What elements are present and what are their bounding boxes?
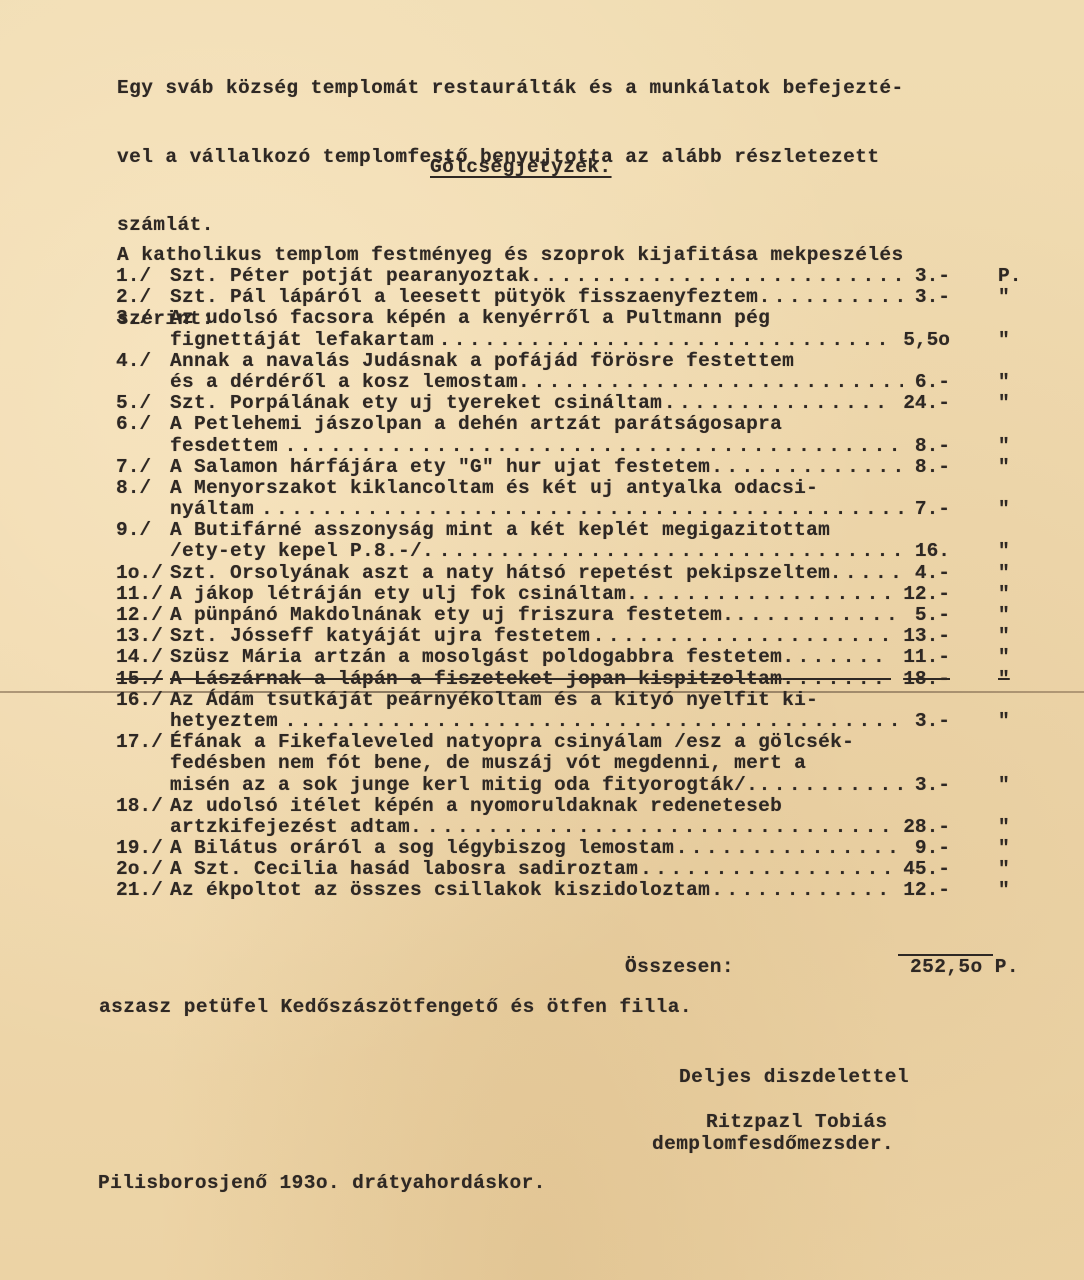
item-description: Szt. Orsolyának aszt a naty hátsó repeté…: [170, 562, 830, 584]
dot-leader: ..................................: [640, 858, 891, 880]
total-value: 252,5o P.: [910, 956, 1019, 978]
item-currency: ": [998, 879, 1010, 901]
invoice-item-line: 13./Szt. Jósseff katyáját ujra festetem.…: [116, 625, 1046, 646]
dot-leader: ........................................…: [439, 540, 903, 562]
item-number: 12./: [116, 604, 163, 626]
invoice-item-line: /ety-ety kepel P.8.-/...................…: [116, 540, 1046, 561]
item-amount: 8.-: [915, 435, 950, 457]
item-description: A jákop létráján ety ulj fok csináltam.: [170, 583, 638, 605]
item-currency: ": [998, 710, 1010, 732]
item-amount: 4.-: [915, 562, 950, 584]
invoice-item-line: fedésben nem fót bene, de muszáj vót meg…: [116, 752, 1046, 773]
invoice-item-line: 11./A jákop létráján ety ulj fok csinált…: [116, 583, 1046, 604]
invoice-item-line: 2./Szt. Pál lápáról a leesett pütyök fis…: [116, 286, 1046, 307]
invoice-item-line: 16./Az Ádám tsutkáját peárnyékoltam és a…: [116, 689, 1046, 710]
item-description: Szüsz Mária artzán a mosolgást poldogabb…: [170, 646, 782, 668]
item-amount: 5,5o: [903, 329, 950, 351]
item-description: artzkifejezést adtam.: [170, 816, 422, 838]
item-amount: 28.-: [903, 816, 950, 838]
item-amount: 24.-: [903, 392, 950, 414]
item-number: 15./: [116, 668, 163, 690]
item-description: Annak a navalás Judásnak a pofájád förös…: [170, 350, 794, 372]
item-number: 1o./: [116, 562, 163, 584]
invoice-item-line: 4./Annak a navalás Judásnak a pofájád fö…: [116, 350, 1046, 371]
invoice-item-line: 21./Az ékpoltot az összes csillakok kisz…: [116, 879, 1046, 900]
item-amount: 3.-: [915, 265, 950, 287]
item-number: 21./: [116, 879, 163, 901]
invoice-item-line: 9./A Butifárné asszonyság mint a két kep…: [116, 519, 1046, 540]
dot-leader: .......................: [735, 604, 903, 626]
invoice-item-line: 1./Szt. Péter potját pearanyoztak.......…: [116, 265, 1046, 286]
invoice-item-line: 18./Az udolsó itélet képén a nyomoruldak…: [116, 795, 1046, 816]
item-number: 2o./: [116, 858, 163, 880]
item-description: Az Ádám tsutkáját peárnyékoltam és a kit…: [170, 689, 818, 711]
dot-leader: ................: [782, 646, 890, 668]
item-amount: 7.-: [915, 498, 950, 520]
item-number: 2./: [116, 286, 151, 308]
dot-leader: ........................................…: [285, 710, 903, 732]
total-in-words: aszasz petüfel Kedőszászötfengető és ötf…: [99, 996, 692, 1018]
item-amount: 6.-: [915, 371, 950, 393]
item-amount: 3.-: [915, 774, 950, 796]
item-description: Szt. Pál lápáról a leesett pütyök fissza…: [170, 286, 758, 308]
item-currency: ": [998, 668, 1010, 690]
dot-leader: ...............................: [676, 837, 903, 859]
item-currency: P.: [998, 265, 1021, 287]
invoice-item-line: 14./Szüsz Mária artzán a mosolgást poldo…: [116, 646, 1046, 667]
item-description: misén az a sok junge kerl mitig oda fity…: [170, 774, 758, 796]
item-amount: 45.-: [903, 858, 950, 880]
item-description: Az ékpoltot az összes csillakok kiszidol…: [170, 879, 710, 901]
item-currency: ": [998, 858, 1010, 880]
item-number: 8./: [116, 477, 151, 499]
item-amount: 12.-: [903, 879, 950, 901]
item-description: fesdettem: [170, 435, 278, 457]
item-currency: ": [998, 329, 1010, 351]
item-currency: ": [998, 371, 1010, 393]
invoice-item-line: 15./A Lászárnak a lápán a fiszeteket jop…: [116, 668, 1046, 689]
item-number: 19./: [116, 837, 163, 859]
invoice-item-line: fesdettem...............................…: [116, 435, 1046, 456]
item-amount: 9.-: [915, 837, 950, 859]
item-number: 11./: [116, 583, 163, 605]
invoice-item-line: 12./A pünpánó Makdolnának ety uj friszur…: [116, 604, 1046, 625]
item-number: 18./: [116, 795, 163, 817]
item-currency: ": [998, 837, 1010, 859]
item-description: A pünpánó Makdolnának ety uj friszura fe…: [170, 604, 734, 626]
dot-leader: ........................................…: [439, 329, 891, 351]
invoice-item-line: 19./A Bilátus oráról a sog légybiszog le…: [116, 837, 1046, 858]
item-description: Az udolsó itélet képén a nyomoruldaknak …: [170, 795, 782, 817]
invoice-item-line: hetyeztem...............................…: [116, 710, 1046, 731]
item-currency: ": [998, 498, 1010, 520]
dot-leader: ..................................: [640, 583, 891, 605]
item-number: 3./: [116, 307, 151, 329]
item-amount: 16.: [915, 540, 950, 562]
invoice-item-line: és a dérdéről a kosz lemostam...........…: [116, 371, 1046, 392]
invoice-item-line: artzkifejezést adtam....................…: [116, 816, 1046, 837]
item-amount: 3.-: [915, 710, 950, 732]
invoice-item-line: misén az a sok junge kerl mitig oda fity…: [116, 774, 1046, 795]
item-description: fignettáját lefakartam: [170, 329, 434, 351]
item-description: A Szt. Cecilia hasád labosra sadiroztam: [170, 858, 638, 880]
document-title: Gölcségjetyzék.: [430, 156, 612, 178]
item-description: A Petlehemi jászolpan a dehén artzát par…: [170, 413, 782, 435]
item-number: 6./: [116, 413, 151, 435]
invoice-items-list: 1./Szt. Péter potját pearanyoztak.......…: [116, 265, 1046, 901]
item-number: 16./: [116, 689, 163, 711]
dot-leader: ........................................…: [285, 435, 903, 457]
place-and-date: Pilisborosjenő 193o. drátyahordáskor.: [98, 1172, 546, 1194]
item-currency: ": [998, 774, 1010, 796]
dot-leader: ................: [782, 668, 890, 690]
item-description: Szt. Porpálának ety uj tyereket csinálta…: [170, 392, 662, 414]
dot-leader: ........................................…: [261, 498, 903, 520]
dot-leader: ........................................: [593, 625, 891, 647]
item-number: 17./: [116, 731, 163, 753]
item-number: 13./: [116, 625, 163, 647]
item-description: hetyeztem: [170, 710, 278, 732]
item-currency: ": [998, 583, 1010, 605]
item-number: 5./: [116, 392, 151, 414]
invoice-item-line: nyáltam.................................…: [116, 498, 1046, 519]
item-currency: ": [998, 646, 1010, 668]
item-description: és a dérdéről a kosz lemostam.: [170, 371, 530, 393]
dot-leader: ..........................: [711, 456, 902, 478]
dot-leader: ...............................: [664, 392, 891, 414]
dot-leader: ........................................…: [534, 371, 903, 393]
item-amount: 18.-: [903, 668, 950, 690]
item-currency: ": [998, 456, 1010, 478]
closing-salutation: Deljes diszdelettel: [679, 1066, 909, 1088]
item-description: A Menyorszakot kiklancoltam és két uj an…: [170, 477, 818, 499]
signature-name: Ritzpazl Tobiás: [706, 1111, 888, 1133]
item-amount: 11.-: [903, 646, 950, 668]
item-currency: ": [998, 392, 1010, 414]
invoice-item-line: 6./A Petlehemi jászolpan a dehén artzát …: [116, 413, 1046, 434]
item-currency: ": [998, 816, 1010, 838]
dot-leader: ........................................…: [427, 816, 891, 838]
item-description: nyáltam: [170, 498, 254, 520]
invoice-item-line: 1o./Szt. Orsolyának aszt a naty hátsó re…: [116, 562, 1046, 583]
item-description: Éfának a Fikefaleveled natyopra csinyála…: [170, 731, 854, 753]
item-number: 9./: [116, 519, 151, 541]
signature-title: demplomfesdőmezsder.: [652, 1133, 894, 1155]
invoice-item-line: 17./Éfának a Fikefaleveled natyopra csin…: [116, 731, 1046, 752]
invoice-item-line: 7./A Salamon hárfájára ety "G" hur ujat …: [116, 456, 1046, 477]
item-number: 4./: [116, 350, 151, 372]
item-currency: ": [998, 286, 1010, 308]
item-description: A Butifárné asszonyság mint a két keplét…: [170, 519, 830, 541]
dot-leader: ........................................…: [545, 265, 902, 287]
item-amount: 8.-: [915, 456, 950, 478]
dot-leader: ....................: [759, 286, 903, 308]
dot-leader: .........................: [711, 879, 891, 901]
subtitle-line: A katholikus templom festményeg és szopr…: [117, 244, 904, 264]
item-description: Szt. Jósseff katyáját ujra festetem: [170, 625, 590, 647]
item-description: /ety-ety kepel P.8.-/.: [170, 540, 434, 562]
dot-leader: ............: [830, 562, 903, 584]
invoice-page: Egy sváb község templomát restaurálták é…: [0, 0, 1084, 1280]
item-currency: ": [998, 435, 1010, 457]
item-number: 7./: [116, 456, 151, 478]
item-currency: ": [998, 562, 1010, 584]
item-amount: 5.-: [915, 604, 950, 626]
invoice-item-line: 8./A Menyorszakot kiklancoltam és két uj…: [116, 477, 1046, 498]
item-description: fedésben nem fót bene, de muszáj vót meg…: [170, 752, 806, 774]
intro-line: Egy sváb község templomát restaurálták é…: [117, 77, 1017, 102]
item-description: Szt. Péter potját pearanyoztak.: [170, 265, 542, 287]
item-currency: ": [998, 604, 1010, 626]
invoice-item-line: fignettáját lefakartam..................…: [116, 329, 1046, 350]
invoice-item-line: 3./Az udolsó facsora képén a kenyérről a…: [116, 307, 1046, 328]
total-label: Összesen:: [625, 956, 734, 978]
item-amount: 13.-: [903, 625, 950, 647]
invoice-item-line: 5./Szt. Porpálának ety uj tyereket csiná…: [116, 392, 1046, 413]
item-description: A Salamon hárfájára ety "G" hur ujat fes…: [170, 456, 710, 478]
item-currency: ": [998, 540, 1010, 562]
item-amount: 12.-: [903, 583, 950, 605]
item-amount: 3.-: [915, 286, 950, 308]
item-number: 1./: [116, 265, 151, 287]
item-description: A Bilátus oráról a sog légybiszog lemost…: [170, 837, 674, 859]
item-description: Az udolsó facsora képén a kenyérről a Pu…: [170, 307, 770, 329]
dot-leader: ....................: [759, 774, 903, 796]
item-number: 14./: [116, 646, 163, 668]
invoice-item-line: 2o./A Szt. Cecilia hasád labosra sadiroz…: [116, 858, 1046, 879]
item-currency: ": [998, 625, 1010, 647]
item-description: A Lászárnak a lápán a fiszeteket jopan k…: [170, 668, 782, 690]
